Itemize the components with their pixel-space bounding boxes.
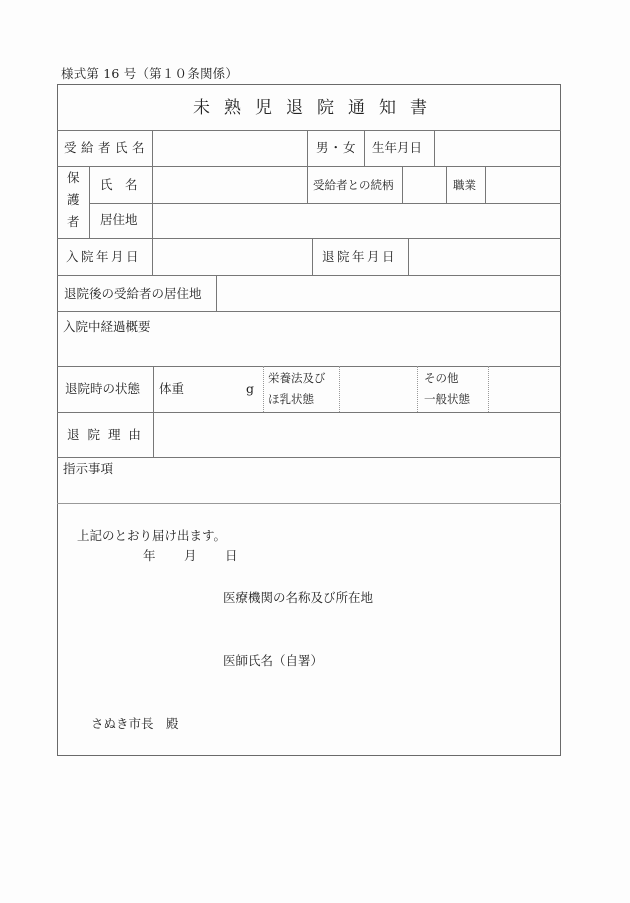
- sex-selector[interactable]: 男・女: [316, 142, 357, 155]
- hospital-course-label: 入院中経過概要: [63, 321, 151, 334]
- weight-label: 体重: [159, 383, 184, 396]
- post-discharge-residence-field[interactable]: [217, 276, 560, 311]
- other-state-label-line2: 一般状態: [424, 394, 470, 406]
- birthdate-label: 生年月日: [372, 142, 422, 155]
- col-divider: [312, 238, 313, 275]
- discharge-reason-field[interactable]: [154, 413, 560, 457]
- row-divider: [57, 311, 561, 312]
- nutrition-label-line2: ほ乳状態: [268, 394, 314, 406]
- recipient-name-label: 受給者氏名: [64, 142, 149, 155]
- col-divider: [364, 130, 365, 166]
- weight-unit: g: [246, 383, 254, 396]
- col-divider: [446, 166, 447, 203]
- guardian-label-2: 護: [67, 194, 80, 207]
- occupation-field[interactable]: [486, 167, 560, 202]
- hospital-course-field[interactable]: [58, 336, 560, 366]
- col-divider-dotted: [417, 366, 418, 412]
- nutrition-label-line1: 栄養法及び: [268, 373, 326, 385]
- guardian-name-label: 氏 名: [100, 179, 138, 192]
- col-divider: [307, 130, 308, 166]
- form-number: 様式第 16 号（第１０条関係）: [61, 64, 238, 82]
- admission-date-label: 入院年月日: [66, 251, 141, 264]
- doctor-name-label: 医師氏名（自署）: [223, 655, 323, 668]
- other-state-label-line1: その他: [424, 373, 459, 385]
- weight-field[interactable]: [185, 367, 245, 412]
- date-month-label: 月: [184, 550, 197, 563]
- col-divider: [307, 166, 308, 203]
- post-discharge-residence-label: 退院後の受給者の居住地: [64, 288, 202, 301]
- form-title: 未熟児退院通知書: [193, 100, 441, 117]
- institution-label: 医療機関の名称及び所在地: [223, 592, 373, 605]
- col-divider: [153, 366, 154, 412]
- guardian-label-3: 者: [67, 216, 80, 229]
- guardian-residence-label: 居住地: [100, 214, 138, 227]
- birthdate-field[interactable]: [435, 131, 560, 166]
- col-divider: [89, 166, 90, 238]
- recipient-name-field[interactable]: [153, 131, 306, 166]
- relationship-field[interactable]: [403, 167, 445, 202]
- discharge-reason-label: 退 院 理 由: [67, 429, 143, 442]
- discharge-date-label: 退院年月日: [322, 251, 397, 264]
- admission-date-field[interactable]: [153, 239, 311, 275]
- row-divider: [57, 366, 561, 367]
- date-day-label: 日: [225, 550, 238, 563]
- discharge-date-field[interactable]: [409, 239, 560, 275]
- row-divider: [57, 503, 561, 504]
- discharge-state-label: 退院時の状態: [65, 383, 140, 396]
- relationship-label: 受給者との続柄: [313, 180, 394, 192]
- date-year-label: 年: [143, 550, 156, 563]
- guardian-name-field[interactable]: [153, 167, 306, 202]
- col-divider-dotted: [263, 366, 264, 412]
- instructions-label: 指示事項: [63, 463, 113, 476]
- other-state-field[interactable]: [489, 367, 560, 412]
- declaration-statement: 上記のとおり届け出ます。: [77, 530, 226, 543]
- row-divider: [57, 457, 561, 458]
- guardian-residence-field[interactable]: [153, 204, 560, 238]
- nutrition-field[interactable]: [340, 367, 416, 412]
- addressee: さぬき市長 殿: [91, 718, 179, 731]
- occupation-label: 職業: [453, 180, 476, 192]
- instructions-field[interactable]: [58, 478, 560, 503]
- guardian-label-1: 保: [67, 172, 80, 185]
